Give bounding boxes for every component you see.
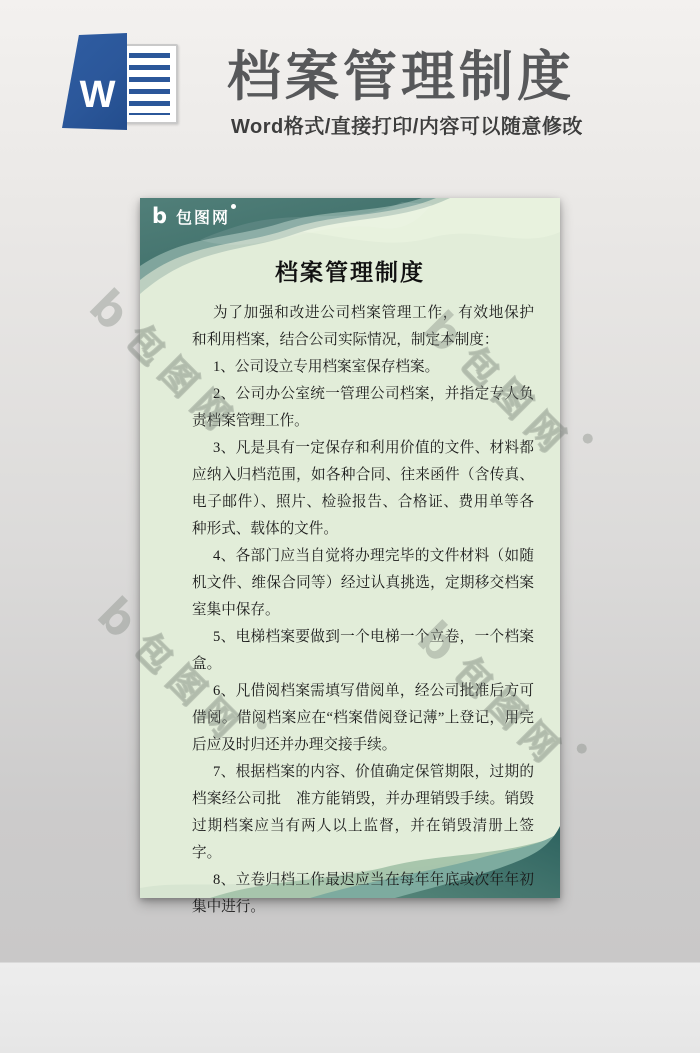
baotu-logo: b 包图网 — [152, 205, 230, 228]
paragraph-item-3: 3、凡是具有一定保存和利用价值的文件、材料都应纳入归档范围，如各种合同、往来函件… — [192, 435, 534, 543]
word-icon-page-lines — [129, 53, 170, 115]
backdrop-bottom-strip — [0, 962, 700, 1053]
word-icon-page — [120, 44, 178, 124]
page-subtitle: Word格式/直接打印/内容可以随意修改 — [231, 110, 651, 139]
document-body: 为了加强和改进公司档案管理工作，有效地保护和利用档案，结合公司实际情况，制定本制… — [192, 300, 534, 921]
baotu-logo-text: 包图网 — [176, 205, 230, 228]
paragraph-item-5: 5、电梯档案要做到一个电梯一个立卷，一个档案盒。 — [192, 624, 534, 678]
baotu-logo-icon: b — [152, 206, 167, 227]
word-icon: W — [62, 33, 180, 131]
word-icon-letter: W — [74, 76, 116, 130]
paragraph-item-2: 2、公司办公室统一管理公司档案，并指定专人负责档案管理工作。 — [192, 381, 534, 435]
document-preview: b 包图网 档案管理制度 为了加强和改进公司档案管理工作，有效地保护和利用档案，… — [140, 198, 560, 898]
paragraph-item-1: 1、公司设立专用档案室保存档案。 — [192, 354, 534, 381]
word-icon-cover: W — [62, 33, 127, 130]
paragraph-item-4: 4、各部门应当自觉将办理完毕的文件材料（如随机文件、维保合同等）经过认真挑选，定… — [192, 543, 534, 624]
paragraph-intro: 为了加强和改进公司档案管理工作，有效地保护和利用档案，结合公司实际情况，制定本制… — [192, 300, 534, 354]
paragraph-item-6: 6、凡借阅档案需填写借阅单，经公司批准后方可借阅。借阅档案应在“档案借阅登记薄”… — [192, 678, 534, 759]
document-title: 档案管理制度 — [140, 254, 560, 287]
header: W 档案管理制度 Word格式/直接打印/内容可以随意修改 — [0, 0, 700, 160]
page-title: 档案管理制度 — [227, 34, 627, 111]
paragraph-item-8: 8、立卷归档工作最迟应当在每年年底或次年年初集中进行。 — [192, 867, 534, 921]
paragraph-item-7: 7、根据档案的内容、价值确定保管期限，过期的档案经公司批 准方能销毁，并办理销毁… — [192, 759, 534, 867]
